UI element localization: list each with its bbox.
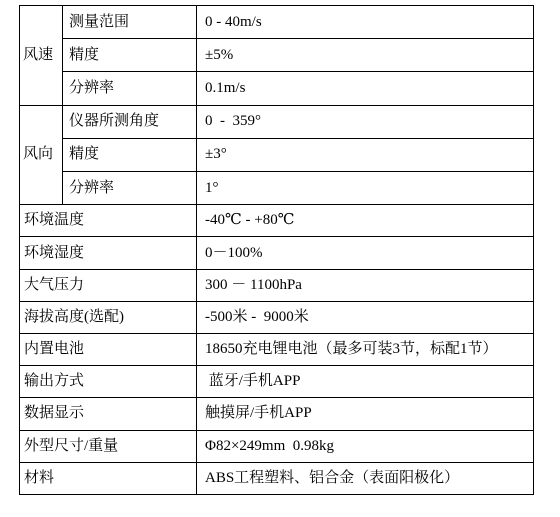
spec-param: 精度 [63,138,197,171]
spec-param: 仪器所测角度 [63,105,197,138]
table-row: 精度 ±5% [20,39,534,72]
spec-value: ±3° [197,138,534,171]
spec-value: ±5% [197,39,534,72]
table-row: 外型尺寸/重量 Φ82×249mm 0.98kg [20,430,534,462]
spec-value: 0－100% [197,237,534,269]
spec-param: 环境温度 [20,205,197,237]
spec-value: 18650充电锂电池（最多可装3节，标配1节） [197,333,534,365]
table-row: 精度 ±3° [20,138,534,171]
table-row: 海拔高度(选配) -500米 - 9000米 [20,301,534,333]
table-row: 环境温度 -40℃ - +80℃ [20,205,534,237]
spec-value: 300 － 1100hPa [197,269,534,301]
spec-value: 蓝牙/手机APP [197,366,534,398]
spec-value: Φ82×249mm 0.98kg [197,430,534,462]
table-row: 环境湿度 0－100% [20,237,534,269]
spec-param: 海拔高度(选配) [20,301,197,333]
spec-value: 1° [197,172,534,205]
spec-table: 风速 测量范围 0 - 40m/s 精度 ±5% 分辨率 0.1m/s 风向 仪… [19,5,534,495]
table-row: 输出方式 蓝牙/手机APP [20,366,534,398]
spec-value: -500米 - 9000米 [197,301,534,333]
table-row: 内置电池 18650充电锂电池（最多可装3节，标配1节） [20,333,534,365]
spec-param: 数据显示 [20,398,197,430]
spec-param: 输出方式 [20,366,197,398]
table-row: 分辨率 1° [20,172,534,205]
table-row: 大气压力 300 － 1100hPa [20,269,534,301]
spec-value: ABS工程塑料、铝合金（表面阳极化） [197,462,534,494]
spec-value: 0.1m/s [197,72,534,105]
table-row: 分辨率 0.1m/s [20,72,534,105]
table-row: 材料 ABS工程塑料、铝合金（表面阳极化） [20,462,534,494]
group-label-wind-direction: 风向 [20,105,63,205]
spec-value: -40℃ - +80℃ [197,205,534,237]
group-label-wind-speed: 风速 [20,6,63,106]
spec-value: 0 - 359° [197,105,534,138]
table-row: 数据显示 触摸屏/手机APP [20,398,534,430]
spec-value: 触摸屏/手机APP [197,398,534,430]
spec-param: 精度 [63,39,197,72]
table-row: 风速 测量范围 0 - 40m/s [20,6,534,39]
spec-param: 外型尺寸/重量 [20,430,197,462]
spec-value: 0 - 40m/s [197,6,534,39]
spec-param: 环境湿度 [20,237,197,269]
spec-param: 测量范围 [63,6,197,39]
spec-param: 内置电池 [20,333,197,365]
spec-param: 分辨率 [63,72,197,105]
spec-param: 大气压力 [20,269,197,301]
table-row: 风向 仪器所测角度 0 - 359° [20,105,534,138]
spec-param: 分辨率 [63,172,197,205]
spec-param: 材料 [20,462,197,494]
